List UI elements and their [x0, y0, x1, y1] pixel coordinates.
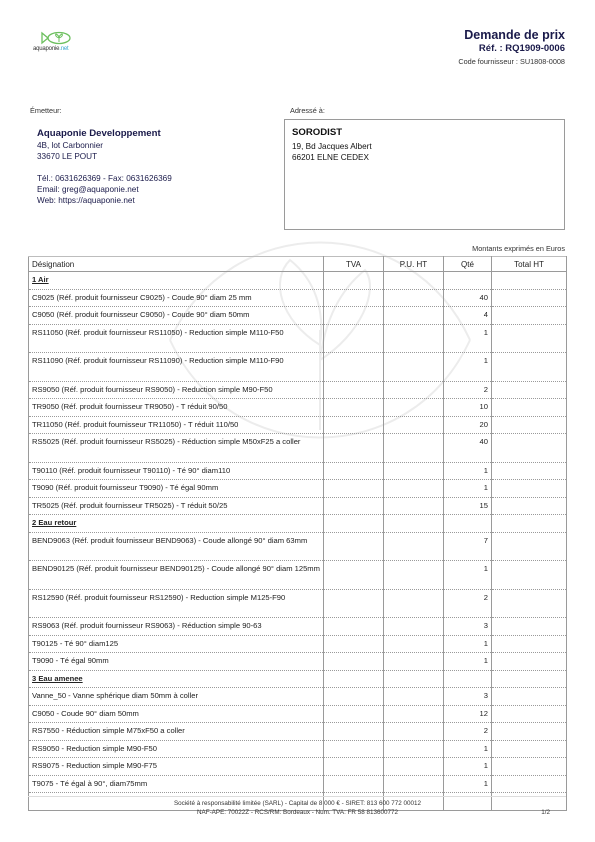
table-row: RS11050 (Réf. produit fournisseur RS1105…: [29, 324, 567, 353]
cell-unit-price: [384, 740, 444, 758]
cell-unit-price: [384, 497, 444, 515]
cell-total: [492, 272, 567, 290]
cell-tva: [324, 705, 384, 723]
cell-unit-price: [384, 324, 444, 353]
cell-designation: T9090 - Té égal 90mm: [29, 653, 324, 671]
section-row: 1 Air: [29, 272, 567, 290]
column-header-designation: Désignation: [29, 257, 324, 272]
cell-total: [492, 307, 567, 325]
cell-quantity: 1: [444, 740, 492, 758]
sender-email[interactable]: Email: greg@aquaponie.net: [37, 185, 139, 194]
table-row: BEND9063 (Réf. produit fournisseur BEND9…: [29, 532, 567, 561]
cell-quantity: [444, 272, 492, 290]
document-title: Demande de prix: [464, 28, 565, 42]
cell-total: [492, 434, 567, 463]
cell-tva: [324, 532, 384, 561]
sender-name: Aquaponie Developpement: [37, 128, 161, 139]
cell-unit-price: [384, 688, 444, 706]
table-row: TR11050 (Réf. produit fournisseur TR1105…: [29, 416, 567, 434]
table-row: Vanne_50 - Vanne sphérique diam 50mm à c…: [29, 688, 567, 706]
items-table: Désignation TVA P.U. HT Qté Total HT 1 A…: [28, 256, 567, 811]
sender-address-2: 33670 LE POUT: [37, 152, 97, 161]
cell-designation: Vanne_50 - Vanne sphérique diam 50mm à c…: [29, 688, 324, 706]
cell-unit-price: [384, 289, 444, 307]
table-row: TR9050 (Réf. produit fournisseur TR9050)…: [29, 399, 567, 417]
supplier-code: Code fournisseur : SU1808-0008: [458, 57, 565, 66]
cell-tva: [324, 740, 384, 758]
table-row: RS9063 (Réf. produit fournisseur RS9063)…: [29, 618, 567, 636]
recipient-label: Adressé à:: [290, 106, 325, 115]
cell-designation: 3 Eau amenee: [29, 670, 324, 688]
cell-tva: [324, 688, 384, 706]
cell-quantity: 2: [444, 589, 492, 618]
cell-quantity: 1: [444, 480, 492, 498]
cell-designation: RS9050 - Reduction simple M90-F50: [29, 740, 324, 758]
cell-quantity: 3: [444, 618, 492, 636]
table-row: T9075 - Té égal à 90°, diam75mm1: [29, 775, 567, 793]
cell-unit-price: [384, 480, 444, 498]
cell-tva: [324, 653, 384, 671]
cell-tva: [324, 758, 384, 776]
cell-tva: [324, 480, 384, 498]
cell-designation: RS7550 - Réduction simple M75xF50 a coll…: [29, 723, 324, 741]
cell-quantity: 1: [444, 462, 492, 480]
recipient-address-2: 66201 ELNE CEDEX: [292, 153, 369, 162]
cell-quantity: 15: [444, 497, 492, 515]
cell-designation: BEND90125 (Réf. produit fournisseur BEND…: [29, 561, 324, 590]
cell-designation: RS5025 (Réf. produit fournisseur RS5025)…: [29, 434, 324, 463]
cell-quantity: 4: [444, 307, 492, 325]
cell-tva: [324, 289, 384, 307]
cell-designation: RS12590 (Réf. produit fournisseur RS1259…: [29, 589, 324, 618]
cell-designation: T90110 (Réf. produit fournisseur T90110)…: [29, 462, 324, 480]
cell-designation: T9075 - Té égal à 90°, diam75mm: [29, 775, 324, 793]
cell-tva: [324, 775, 384, 793]
page-number: 1/2: [541, 809, 550, 816]
cell-designation: RS9063 (Réf. produit fournisseur RS9063)…: [29, 618, 324, 636]
cell-tva: [324, 434, 384, 463]
cell-quantity: 20: [444, 416, 492, 434]
cell-quantity: 1: [444, 561, 492, 590]
cell-total: [492, 758, 567, 776]
recipient-name: SORODIST: [292, 127, 342, 138]
company-logo: aquaponie.net: [30, 31, 80, 57]
cell-unit-price: [384, 307, 444, 325]
cell-total: [492, 561, 567, 590]
cell-quantity: [444, 515, 492, 533]
table-row: RS9075 - Reduction simple M90-F751: [29, 758, 567, 776]
cell-total: [492, 705, 567, 723]
cell-total: [492, 688, 567, 706]
cell-designation: RS11090 (Réf. produit fournisseur RS1109…: [29, 353, 324, 382]
cell-designation: TR9050 (Réf. produit fournisseur TR9050)…: [29, 399, 324, 417]
table-row: C9050 - Coude 90° diam 50mm12: [29, 705, 567, 723]
cell-tva: [324, 670, 384, 688]
cell-unit-price: [384, 532, 444, 561]
cell-designation: TR11050 (Réf. produit fournisseur TR1105…: [29, 416, 324, 434]
cell-unit-price: [384, 353, 444, 382]
cell-total: [492, 670, 567, 688]
cell-quantity: 1: [444, 353, 492, 382]
cell-unit-price: [384, 381, 444, 399]
cell-total: [492, 635, 567, 653]
cell-unit-price: [384, 775, 444, 793]
cell-total: [492, 497, 567, 515]
cell-designation: T90125 - Té 90° diam125: [29, 635, 324, 653]
recipient-box: SORODIST 19, Bd Jacques Albert 66201 ELN…: [284, 119, 565, 230]
cell-quantity: 2: [444, 723, 492, 741]
cell-designation: RS11050 (Réf. produit fournisseur RS1105…: [29, 324, 324, 353]
cell-tva: [324, 635, 384, 653]
cell-quantity: 1: [444, 653, 492, 671]
cell-quantity: 12: [444, 705, 492, 723]
column-header-total: Total HT: [492, 257, 567, 272]
table-row: T9090 (Réf. produit fournisseur T9090) -…: [29, 480, 567, 498]
cell-tva: [324, 324, 384, 353]
cell-unit-price: [384, 705, 444, 723]
cell-designation: TR5025 (Réf. produit fournisseur TR5025)…: [29, 497, 324, 515]
table-row: RS11090 (Réf. produit fournisseur RS1109…: [29, 353, 567, 382]
cell-designation: C9050 (Réf. produit fournisseur C9050) -…: [29, 307, 324, 325]
cell-designation: RS9075 - Reduction simple M90-F75: [29, 758, 324, 776]
table-row: RS9050 - Reduction simple M90-F501: [29, 740, 567, 758]
cell-total: [492, 653, 567, 671]
cell-total: [492, 618, 567, 636]
cell-tva: [324, 589, 384, 618]
cell-designation: C9050 - Coude 90° diam 50mm: [29, 705, 324, 723]
cell-quantity: 7: [444, 532, 492, 561]
cell-unit-price: [384, 618, 444, 636]
cell-designation: C9025 (Réf. produit fournisseur C9025) -…: [29, 289, 324, 307]
cell-quantity: 1: [444, 635, 492, 653]
cell-tva: [324, 353, 384, 382]
cell-total: [492, 589, 567, 618]
cell-designation: BEND9063 (Réf. produit fournisseur BEND9…: [29, 532, 324, 561]
cell-tva: [324, 723, 384, 741]
cell-designation: 2 Eau retour: [29, 515, 324, 533]
column-header-tva: TVA: [324, 257, 384, 272]
cell-tva: [324, 307, 384, 325]
table-row: T90125 - Té 90° diam1251: [29, 635, 567, 653]
sender-label: Émetteur:: [30, 106, 62, 115]
cell-total: [492, 416, 567, 434]
table-row: BEND90125 (Réf. produit fournisseur BEND…: [29, 561, 567, 590]
cell-total: [492, 740, 567, 758]
recipient-address-1: 19, Bd Jacques Albert: [292, 142, 372, 151]
cell-unit-price: [384, 589, 444, 618]
cell-total: [492, 381, 567, 399]
cell-tva: [324, 515, 384, 533]
cell-quantity: 1: [444, 758, 492, 776]
cell-tva: [324, 561, 384, 590]
section-row: 3 Eau amenee: [29, 670, 567, 688]
document-ref: Réf. : RQ1909-0006: [479, 43, 565, 54]
cell-total: [492, 723, 567, 741]
cell-quantity: 40: [444, 434, 492, 463]
sender-phone: Tél.: 0631626369 - Fax: 0631626369: [37, 174, 172, 183]
currency-note: Montants exprimés en Euros: [472, 244, 565, 253]
cell-tva: [324, 381, 384, 399]
cell-total: [492, 324, 567, 353]
sender-web[interactable]: Web: https://aquaponie.net: [37, 196, 135, 205]
cell-quantity: 10: [444, 399, 492, 417]
cell-quantity: 1: [444, 324, 492, 353]
cell-tva: [324, 272, 384, 290]
cell-quantity: 1: [444, 775, 492, 793]
table-header-row: Désignation TVA P.U. HT Qté Total HT: [29, 257, 567, 272]
table-row: T90110 (Réf. produit fournisseur T90110)…: [29, 462, 567, 480]
sender-address-1: 4B, lot Carbonnier: [37, 141, 103, 150]
cell-tva: [324, 462, 384, 480]
cell-unit-price: [384, 416, 444, 434]
table-row: RS5025 (Réf. produit fournisseur RS5025)…: [29, 434, 567, 463]
table-row: C9025 (Réf. produit fournisseur C9025) -…: [29, 289, 567, 307]
cell-designation: 1 Air: [29, 272, 324, 290]
column-header-unit-price: P.U. HT: [384, 257, 444, 272]
cell-tva: [324, 497, 384, 515]
table-row: T9090 - Té égal 90mm1: [29, 653, 567, 671]
cell-unit-price: [384, 561, 444, 590]
table-row: RS7550 - Réduction simple M75xF50 a coll…: [29, 723, 567, 741]
cell-total: [492, 515, 567, 533]
cell-designation: RS9050 (Réf. produit fournisseur RS9050)…: [29, 381, 324, 399]
cell-unit-price: [384, 758, 444, 776]
cell-total: [492, 480, 567, 498]
section-row: 2 Eau retour: [29, 515, 567, 533]
cell-unit-price: [384, 670, 444, 688]
cell-tva: [324, 618, 384, 636]
cell-unit-price: [384, 653, 444, 671]
cell-total: [492, 353, 567, 382]
table-row: RS12590 (Réf. produit fournisseur RS1259…: [29, 589, 567, 618]
cell-unit-price: [384, 399, 444, 417]
cell-unit-price: [384, 515, 444, 533]
cell-total: [492, 399, 567, 417]
table-row: C9050 (Réf. produit fournisseur C9050) -…: [29, 307, 567, 325]
cell-unit-price: [384, 462, 444, 480]
cell-unit-price: [384, 434, 444, 463]
cell-unit-price: [384, 635, 444, 653]
fish-sprout-icon: [40, 31, 74, 45]
cell-unit-price: [384, 272, 444, 290]
cell-quantity: 2: [444, 381, 492, 399]
cell-quantity: 3: [444, 688, 492, 706]
cell-unit-price: [384, 723, 444, 741]
footer-divider: [28, 796, 566, 797]
cell-quantity: 40: [444, 289, 492, 307]
logo-wordmark: aquaponie.net: [33, 46, 68, 52]
cell-total: [492, 462, 567, 480]
column-header-quantity: Qté: [444, 257, 492, 272]
footer-legal-line-2: NAF-APE: 70022Z - RCS/RM: Bordeaux - Num…: [0, 809, 595, 816]
cell-tva: [324, 416, 384, 434]
cell-total: [492, 775, 567, 793]
cell-total: [492, 289, 567, 307]
footer-legal-line-1: Société à responsabilité limitée (SARL) …: [0, 800, 595, 807]
cell-tva: [324, 399, 384, 417]
cell-designation: T9090 (Réf. produit fournisseur T9090) -…: [29, 480, 324, 498]
table-row: TR5025 (Réf. produit fournisseur TR5025)…: [29, 497, 567, 515]
table-row: RS9050 (Réf. produit fournisseur RS9050)…: [29, 381, 567, 399]
cell-total: [492, 532, 567, 561]
cell-quantity: [444, 670, 492, 688]
